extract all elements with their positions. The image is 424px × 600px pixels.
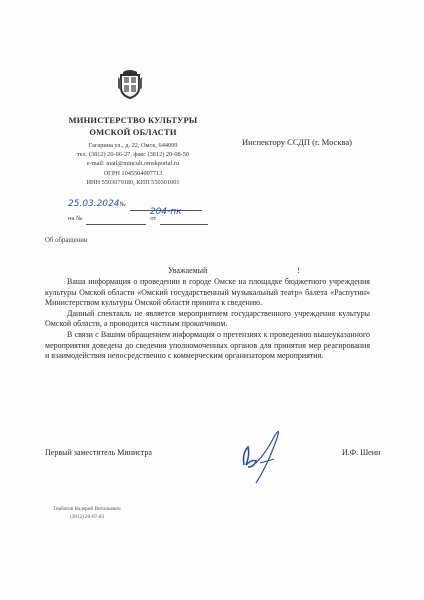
- org-inn-kpp: ИНН 5503079180, КПП 550301001: [48, 178, 218, 187]
- ref-date-field: [160, 215, 208, 225]
- body-paragraph-1: Ваша информация о проведении в городе Ом…: [45, 277, 370, 309]
- org-contact-info: Гагарина ул., д. 22, Омск, 644099 тел. (…: [48, 141, 218, 187]
- from-label: от: [150, 215, 156, 222]
- org-address: Гагарина ул., д. 22, Омск, 644099: [48, 141, 218, 150]
- ref-number-field: [86, 215, 146, 225]
- signatory-name: И.Ф. Шеин: [342, 448, 380, 457]
- org-name: МИНИСТЕРСТВО КУЛЬТУРЫ ОМСКОЙ ОБЛАСТИ: [48, 114, 218, 138]
- body-paragraph-3: В связи с Вашим обращением информация о …: [45, 330, 370, 362]
- recipient: Инспектору ССДП (г. Москва): [242, 137, 352, 147]
- org-name-line1: МИНИСТЕРСТВО КУЛЬТУРЫ: [48, 114, 218, 126]
- org-name-line2: ОМСКОЙ ОБЛАСТИ: [48, 126, 218, 138]
- salutation-end: !: [297, 266, 300, 275]
- executor-info: Горбатов Валерий Витальевич (3812) 20-07…: [52, 506, 122, 521]
- executor-name: Горбатов Валерий Витальевич: [52, 506, 122, 514]
- handwritten-signature-icon: [238, 425, 298, 485]
- org-email: e-mail: mail@mincult.omskportal.ru: [48, 159, 218, 168]
- reference-line: на № от: [68, 207, 228, 225]
- body-paragraph-2: Данный спектакль не является мероприятие…: [45, 309, 370, 330]
- subject: Об обращении: [45, 237, 88, 244]
- salutation: Уважаемый: [168, 266, 207, 275]
- org-ogrn: ОГРН 1045504007713: [48, 169, 218, 178]
- org-phone-fax: тел. (3812) 20-06-27, факс (3812) 20-08-…: [48, 150, 218, 159]
- ref-label: на №: [68, 215, 82, 222]
- coat-of-arms-icon: [117, 68, 143, 100]
- letter-body: Ваша информация о проведении в городе Ом…: [45, 277, 370, 362]
- executor-phone: (3812) 20-07-03: [52, 514, 122, 522]
- signatory-position: Первый заместитель Министра: [45, 448, 152, 457]
